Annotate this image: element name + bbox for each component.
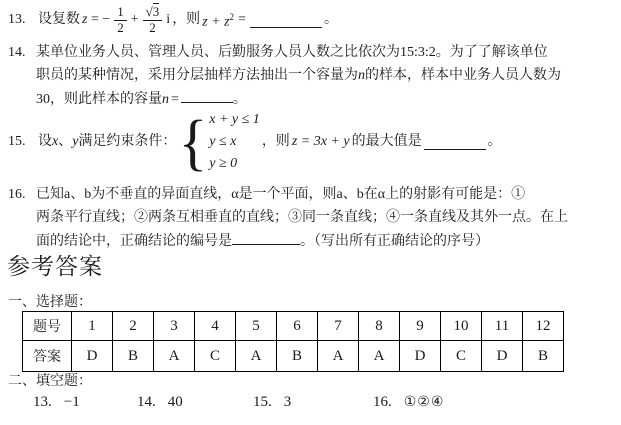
q16-line3b: 。（写出所有正确结论的序号） (300, 234, 489, 249)
fib-label: 14. (137, 394, 156, 411)
q15-period: 。 (488, 131, 502, 154)
fib-label: 16. (373, 394, 392, 411)
question-14-number: 14. (8, 42, 36, 65)
answers-section-title: 参考答案 (7, 253, 103, 281)
question-no-cell: 10 (441, 312, 482, 341)
fib-answer-15: 15.3 (253, 394, 291, 411)
constraint-2: y ≤ x (209, 131, 260, 153)
answer-cell: B (113, 341, 154, 372)
sqrt-sign: √ (146, 4, 153, 19)
equals-sign: = (238, 9, 246, 32)
q13-z-equals: z = − (82, 9, 110, 32)
equals-sign: = (171, 92, 179, 107)
question-no-cell: 9 (400, 312, 441, 341)
q14-period: 。 (233, 92, 247, 107)
answer-cell: D (482, 341, 523, 372)
question-13-number: 13. (8, 9, 36, 32)
question-no-cell: 5 (236, 312, 277, 341)
fib-answer-13: 13.−1 (33, 394, 80, 411)
answer-cell: A (359, 341, 400, 372)
fib-value-circled-numbers: ①②④ (404, 394, 445, 411)
q15-max-text: 的最大值是 (352, 131, 422, 154)
q13-period: 。 (324, 9, 338, 32)
answer-cell: B (523, 341, 564, 372)
q14-line2b: 的样本，样本中业务人员人数为 (365, 68, 561, 83)
question-15-number: 15. (8, 131, 36, 154)
answer-cell: D (400, 341, 441, 372)
variable-n: n (162, 92, 169, 107)
answer-cell: D (72, 341, 113, 372)
fill-in-blank-answers: 13.−1 14.40 15.3 16.①②④ (0, 394, 621, 418)
q15-lead: 设x、y满足约束条件： (38, 131, 176, 154)
answer-blank-16 (232, 229, 300, 245)
question-14: 14.某单位业务人员、管理人员、后勤服务人员人数之比依次为15:3:2。为了了解… (8, 42, 619, 112)
q16-line3a: 面的结论中，正确结论的编号是 (36, 234, 232, 249)
answer-cell: C (195, 341, 236, 372)
constraint-3: y ≥ 0 (209, 153, 260, 175)
question-no-cell: 6 (277, 312, 318, 341)
fill-in-blank-heading: 二、填空题： (8, 373, 92, 391)
question-no-header-cell: 题号 (23, 312, 72, 341)
inequality-system: { x + y ≤ 1 y ≤ x y ≥ 0 (178, 109, 259, 175)
fib-value: 40 (168, 394, 183, 411)
q13-lead-text: 设复数 (38, 9, 80, 32)
fib-answer-14: 14.40 (137, 394, 183, 411)
answer-cell: C (441, 341, 482, 372)
question-no-cell: 1 (72, 312, 113, 341)
variable-n: n (358, 68, 365, 83)
q13-then-text: ，则 (172, 9, 200, 32)
question-no-cell: 11 (482, 312, 523, 341)
left-brace: { (178, 112, 207, 172)
q13-expression: z + z2 (202, 6, 234, 34)
fib-label: 13. (33, 394, 52, 411)
q15-objective-expression: z = 3x + y (292, 131, 350, 154)
fib-answer-16: 16.①②④ (373, 394, 444, 411)
question-no-cell: 2 (113, 312, 154, 341)
question-no-cell: 3 (154, 312, 195, 341)
answer-header-cell: 答案 (23, 341, 72, 372)
multiple-choice-answer-table: 题号 1 2 3 4 5 6 7 8 9 10 11 12 答案 D B A C… (22, 311, 564, 372)
question-no-cell: 4 (195, 312, 236, 341)
imaginary-unit: i (166, 9, 170, 32)
answer-cell: A (154, 341, 195, 372)
answer-cell: B (277, 341, 318, 372)
q14-line2a: 职员的某种情况，采用分层抽样方法抽出一个容量为 (36, 68, 358, 83)
table-row: 题号 1 2 3 4 5 6 7 8 9 10 11 12 (23, 312, 564, 341)
answer-blank-13 (250, 12, 322, 28)
question-no-cell: 8 (359, 312, 400, 341)
radicand: 3 (153, 3, 160, 19)
q14-line1: 某单位业务人员、管理人员、后勤服务人员人数之比依次为15:3:2。为了了解该单位 (36, 45, 548, 60)
answer-blank-14 (181, 87, 233, 103)
plus-sign: + (131, 9, 139, 32)
question-no-cell: 7 (318, 312, 359, 341)
question-16: 16.已知a、b为不垂直的异面直线，α是一个平面，则a、b在α上的射影有可能是：… (8, 184, 619, 254)
answer-blank-15 (424, 134, 486, 150)
exam-answer-page: 13. 设复数 z = − 12 + √32 i ，则 z + z2 = 。 1… (0, 0, 621, 425)
multiple-choice-heading: 一、选择题： (8, 294, 92, 312)
fib-value: −1 (64, 394, 80, 411)
q16-line2: 两条平行直线；②两条互相垂直的直线；③同一条直线；④一条直线及其外一点。在上 (36, 210, 568, 225)
fraction-sqrt3-over-2: √32 (143, 5, 163, 36)
question-13: 13. 设复数 z = − 12 + √32 i ，则 z + z2 = 。 (8, 5, 619, 36)
q15-then-text: ，则 (262, 131, 290, 154)
question-16-number: 16. (8, 184, 36, 207)
fraction-one-half: 12 (114, 5, 127, 36)
fib-label: 15. (253, 394, 272, 411)
constraint-1: x + y ≤ 1 (209, 109, 260, 131)
q14-line3a: 30，则此样本的容量 (36, 92, 162, 107)
table-row: 答案 D B A C A B A A D C D B (23, 341, 564, 372)
q16-line1: 已知a、b为不垂直的异面直线，α是一个平面，则a、b在α上的射影有可能是：① (36, 187, 525, 202)
answer-cell: A (318, 341, 359, 372)
answer-cell: A (236, 341, 277, 372)
fib-value: 3 (284, 394, 292, 411)
question-15: 15. 设x、y满足约束条件： { x + y ≤ 1 y ≤ x y ≥ 0 … (8, 107, 619, 177)
question-no-cell: 12 (523, 312, 564, 341)
